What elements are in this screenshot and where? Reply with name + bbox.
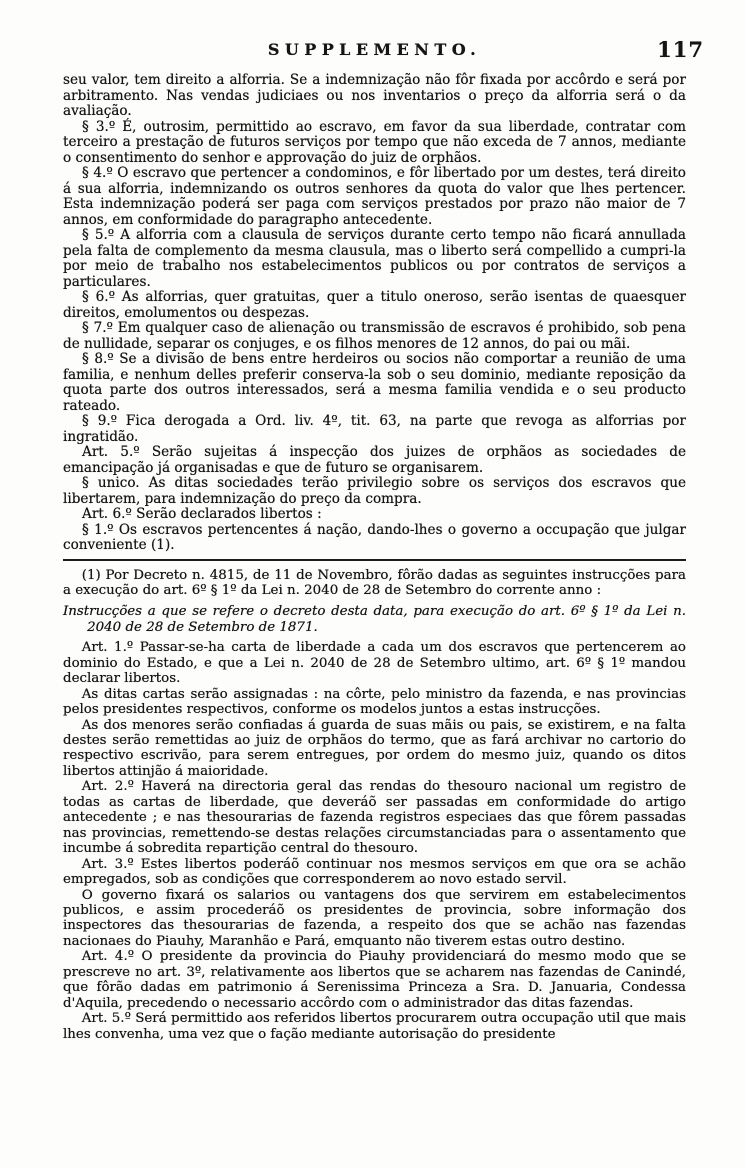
paragraph: § 1.º Os escravos pertencentes á nação, … — [63, 523, 686, 554]
paragraph: Art. 5.º Serão sujeitas á inspecção dos … — [63, 445, 686, 476]
footnote-paragraph: Art. 4.º O presidente da provincia do Pi… — [63, 949, 686, 1011]
paragraph: § 4.º O escravo que pertencer a condomin… — [63, 166, 686, 228]
footnote-paragraph: Art. 3.º Estes libertos poderáõ continua… — [63, 857, 686, 888]
paragraph: § unico. As ditas sociedades terão privi… — [63, 476, 686, 507]
footnote-paragraph: As ditas cartas serão assignadas : na cô… — [63, 687, 686, 718]
footnote-paragraph: As dos menores serão confiadas á guarda … — [63, 718, 686, 780]
paragraph: § 8.º Se a divisão de bens entre herdeir… — [63, 352, 686, 414]
document-page: SUPPLEMENTO. 117 seu valor, tem direito … — [0, 0, 746, 1168]
paragraph: seu valor, tem direito a alforria. Se a … — [63, 73, 686, 120]
paragraph: § 9.º Fica derogada a Ord. liv. 4º, tit.… — [63, 414, 686, 445]
paragraph: § 6.º As alforrias, quer gratuitas, quer… — [63, 290, 686, 321]
running-head: SUPPLEMENTO. 117 — [63, 40, 686, 62]
paragraph: § 7.º Em qualquer caso de alienação ou t… — [63, 321, 686, 352]
footnote-paragraph: Art. 1.º Passar-se-ha carta de liberdade… — [63, 640, 686, 686]
page-number: 117 — [657, 37, 704, 62]
footnote-block: (1) Por Decreto n. 4815, de 11 de Novemb… — [63, 568, 686, 1043]
footnote-paragraph: (1) Por Decreto n. 4815, de 11 de Novemb… — [63, 568, 686, 599]
footnote-separator-rule — [63, 559, 686, 561]
paragraph: § 3.º É, outrosim, permittido ao escravo… — [63, 120, 686, 167]
footnote-paragraph: O governo fixará os salarios ou vantagen… — [63, 888, 686, 950]
paragraph: § 5.º A alforria com a clausula de servi… — [63, 228, 686, 290]
paragraph: Art. 6.º Serão declarados libertos : — [63, 507, 686, 523]
main-text-block: seu valor, tem direito a alforria. Se a … — [63, 73, 686, 554]
footnote-instructions-heading: Instrucções a que se refere o decreto de… — [63, 604, 686, 635]
footnote-paragraph: Art. 2.º Haverá na directoria geral das … — [63, 779, 686, 856]
footnote-paragraph: Art. 5.º Será permittido aos referidos l… — [63, 1011, 686, 1042]
page-title: SUPPLEMENTO. — [63, 40, 686, 59]
